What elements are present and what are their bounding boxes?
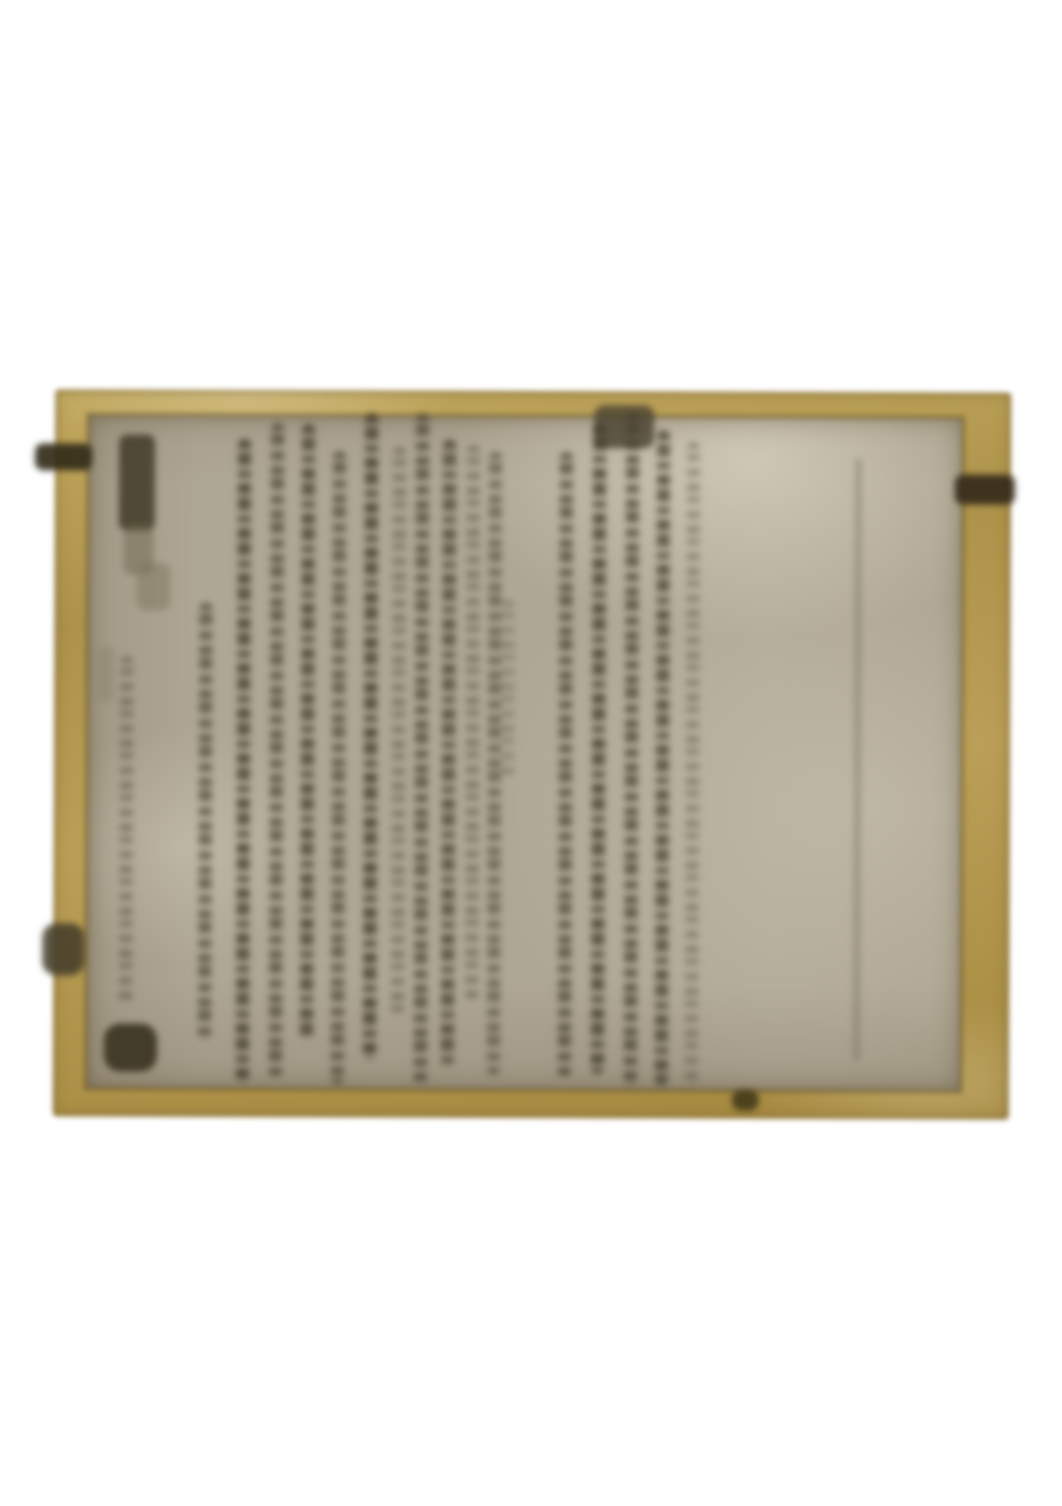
typed-text-line xyxy=(441,440,456,1070)
typed-text-line xyxy=(655,430,670,1085)
framed-letter-photo xyxy=(53,389,1012,1119)
margin-mark xyxy=(97,646,114,702)
photo-canvas xyxy=(0,0,1062,1506)
typed-text-line xyxy=(300,424,315,1041)
typed-text-line xyxy=(501,600,515,778)
typed-text-line xyxy=(591,424,606,1074)
typed-text-line xyxy=(558,452,573,1078)
typed-text-line xyxy=(414,414,429,1085)
typed-text-line xyxy=(331,451,346,1084)
typed-text-line xyxy=(685,443,700,1086)
typed-text-line xyxy=(391,448,406,1020)
paper-crease xyxy=(854,459,861,1061)
letterhead-mark xyxy=(119,435,155,531)
letter-ink-marks xyxy=(53,389,1012,1119)
frame-clip-right xyxy=(955,474,1015,504)
frame-clip-left-top xyxy=(35,443,92,470)
letterhead-submark xyxy=(136,563,170,611)
typed-text-line xyxy=(487,452,502,1075)
typed-text-line xyxy=(236,439,251,1084)
typed-text-line xyxy=(119,657,133,1005)
frame-pin-bottom xyxy=(732,1090,759,1111)
frame-clip-left-bottom xyxy=(42,923,84,975)
ink-stamp xyxy=(104,1024,157,1072)
typed-text-line xyxy=(465,446,480,1000)
typed-text-line xyxy=(198,603,213,1041)
typed-text-line xyxy=(269,423,284,1079)
typed-text-line xyxy=(624,412,639,1085)
typed-text-line xyxy=(363,413,378,1059)
